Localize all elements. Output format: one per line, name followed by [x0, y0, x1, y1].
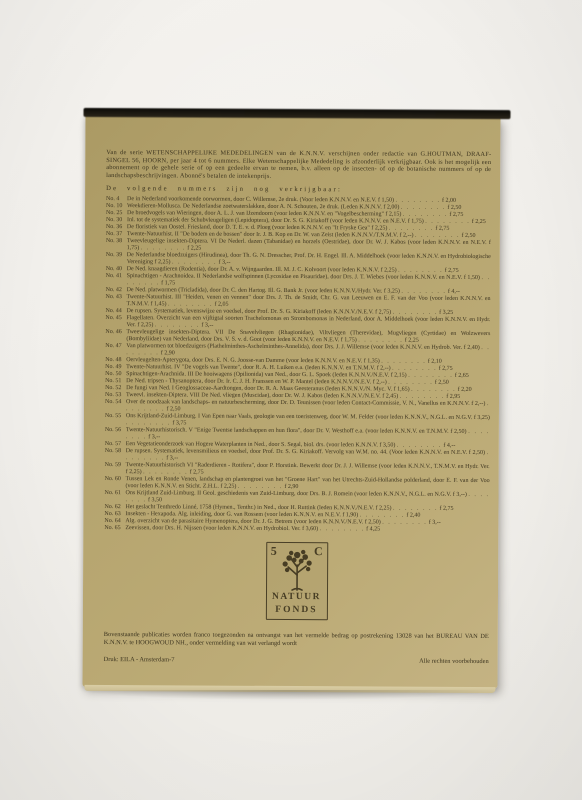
publication-price: f 2,90 [284, 484, 298, 490]
publication-price: f 4,25 [366, 527, 380, 533]
publication-price: f 2,50 [447, 205, 461, 211]
publication-number: No. 60 [105, 476, 121, 483]
publication-number: No. 43 [106, 294, 122, 301]
publication-title: Tweevleugelige insekten-Diptera. VII De … [126, 330, 490, 344]
publication-number: No. 65 [104, 525, 120, 532]
dot-leader: . . . . . . . . [415, 233, 460, 239]
dot-leader: . . . . . . . . [400, 394, 445, 400]
dot-leader: . . . . . . . . [388, 380, 433, 386]
publication-price: f 2,00 [442, 198, 456, 204]
dot-leader: . . . . . . . . [393, 506, 438, 512]
booklet-drop-shadow [78, 690, 498, 700]
dot-leader: . . . . . . . . [411, 387, 456, 393]
publication-price: f 2,25 [187, 246, 201, 252]
publication-title: Ons Krijtland Zuid-Limburg. II Geol. ges… [126, 491, 469, 499]
publication-price: f 3,-- [429, 520, 441, 526]
publication-title: Van platwormen tot bloedzuigers (Plathel… [126, 344, 481, 352]
publication-number: No. 46 [105, 329, 121, 336]
publication-price: f 2,05 [214, 302, 228, 308]
dot-leader: . . . . . . . . [141, 246, 186, 252]
publication-title: Zeevissen, door Drs. H. Nijssen (voor le… [125, 526, 319, 533]
publication-price: f 2,25 [405, 338, 419, 344]
publication-price: f 3,50 [148, 498, 162, 504]
available-numbers-heading: De volgende nummers zijn nog verkrijgbaa… [106, 185, 491, 194]
publication-price: f 3,25 [439, 310, 453, 316]
publication-number: No. 48 [105, 357, 121, 364]
booklet-back-cover: Van de serie WETENSCHAPPELIJKE MEDEDELIN… [83, 115, 501, 689]
dot-leader: . . . . . . . . [403, 212, 448, 218]
publication-number: No. 4 [106, 196, 119, 203]
publication-price: f 2,40 [406, 513, 420, 519]
publication-number: No. 41 [106, 273, 122, 280]
publication-price: f 2,75 [439, 506, 453, 512]
dot-leader: . . . . . . . . [395, 198, 440, 204]
publication-price: f 3,-- [148, 435, 160, 441]
dot-leader: . . . . . . . . [172, 260, 217, 266]
publication-number: No. 55 [105, 413, 121, 420]
publication-number: No. 38 [106, 238, 122, 245]
publication-number: No. 56 [105, 427, 121, 434]
dot-leader: . . . . . . . . [393, 310, 438, 316]
publication-number: No. 61 [104, 490, 120, 497]
publication-number: No. 51 [105, 378, 121, 385]
natuurfonds-stamp: 5 C [265, 542, 327, 620]
series-intro-paragraph: Van de serie WETENSCHAPPELIJKE MEDEDELIN… [106, 149, 491, 181]
publication-entry: No. 65Zeevissen, door Drs. H. Nijssen (v… [104, 525, 489, 534]
dot-leader: . . . . . . . . [397, 443, 442, 449]
dot-leader: . . . . . . . . [238, 484, 283, 490]
dot-leader: . . . . . . . . [360, 513, 405, 519]
publication-title: De rupsen. Systematiek, levensmilieus en… [126, 449, 487, 457]
publication-price: f 2,65 [455, 373, 469, 379]
stamp-word-fonds: FONDS [266, 605, 326, 615]
publication-number: No. 64 [104, 518, 120, 525]
remittance-note: Bovenstaande publicaties worden franco t… [104, 631, 489, 649]
dot-leader: . . . . . . . . [389, 226, 434, 232]
publication-number: No. 63 [104, 511, 120, 518]
publication-title: Tussen Lek en Ronde Venen, landschap en … [126, 477, 490, 491]
dot-leader: . . . . . . . . [381, 359, 426, 365]
publication-price: f 2,50 [461, 233, 475, 239]
dot-leader: . . . . . . . . [155, 323, 200, 329]
dot-leader: . . . . . . . . [392, 366, 437, 372]
publication-list: No. 4De in Nederland voorkomende oorworm… [104, 196, 491, 534]
printer-credit: Druk: EILA - Amsterdam-7 [104, 656, 175, 663]
publication-price: f 2,95 [446, 394, 460, 400]
imprint-line: Druk: EILA - Amsterdam-7 Alle rechten vo… [104, 656, 489, 665]
dot-leader: . . . . . . . . [168, 302, 213, 308]
publication-price: f 2,10 [428, 359, 442, 365]
rights-reserved: Alle rechten voorbehouden [419, 658, 489, 665]
publication-title: Spinachtigen - Arachnoidea. II Nederland… [127, 274, 482, 282]
publication-price: f 2,90 [161, 351, 175, 357]
dot-leader: . . . . . . . . [401, 205, 446, 211]
dot-leader: . . . . . . . . [401, 289, 446, 295]
publication-price: f 2,25 [472, 219, 486, 225]
publication-number: No. 57 [105, 441, 121, 448]
publication-price: f 3,-- [201, 323, 213, 329]
publication-price: f 2,75 [190, 470, 204, 476]
publication-price: f 2,75 [449, 212, 463, 218]
dot-leader: . . . . . . . . [320, 527, 365, 533]
publication-title: Twente-Natuurhistorisch. V "Enige Twents… [126, 428, 468, 436]
stamp-row: 5 C [104, 541, 489, 621]
dot-leader: . . . . . . . . [398, 268, 443, 274]
tree-icon [276, 547, 316, 596]
publication-price: f 3,-- [219, 260, 231, 266]
publication-price: f 2,75 [435, 226, 449, 232]
publication-price: f 2,50 [166, 407, 180, 413]
publication-number: No. 53 [105, 392, 121, 399]
booklet-top-edge-shadow [83, 108, 510, 119]
publication-number: No. 49 [105, 364, 121, 371]
dot-leader: . . . . . . . . [425, 219, 470, 225]
stamp-word-natuur: NATUUR [266, 592, 326, 602]
cover-content: Van de serie WETENSCHAPPELIJKE MEDEDELIN… [104, 149, 492, 679]
publication-number: No. 52 [105, 385, 121, 392]
publication-price: f 4,-- [448, 289, 460, 295]
dot-leader: . . . . . . . . [382, 520, 427, 526]
publication-number: No. 62 [104, 504, 120, 511]
publication-price: f 3,75 [172, 421, 186, 427]
publication-number: No. 59 [105, 462, 121, 469]
publication-price: f 2,75 [439, 366, 453, 372]
publication-number: No. 47 [105, 343, 121, 350]
publication-number: No. 58 [105, 448, 121, 455]
publication-price: f 3,-- [166, 456, 178, 462]
publication-number: No. 54 [105, 399, 121, 406]
publication-number: No. 50 [105, 371, 121, 378]
dot-leader: . . . . . . . . [408, 373, 453, 379]
publication-number: No. 45 [105, 315, 121, 322]
publication-price: f 2,20 [458, 387, 472, 393]
dot-leader: . . . . . . . . [358, 338, 403, 344]
dot-leader: . . . . . . . . [126, 421, 171, 427]
publication-price: f 1,75 [161, 281, 175, 287]
publication-price: f 2,50 [435, 380, 449, 386]
publication-price: f 2,75 [445, 268, 459, 274]
dot-leader: . . . . . . . . [143, 470, 188, 476]
publication-price: f 4,-- [443, 443, 455, 449]
publication-number: No. 39 [106, 252, 122, 259]
